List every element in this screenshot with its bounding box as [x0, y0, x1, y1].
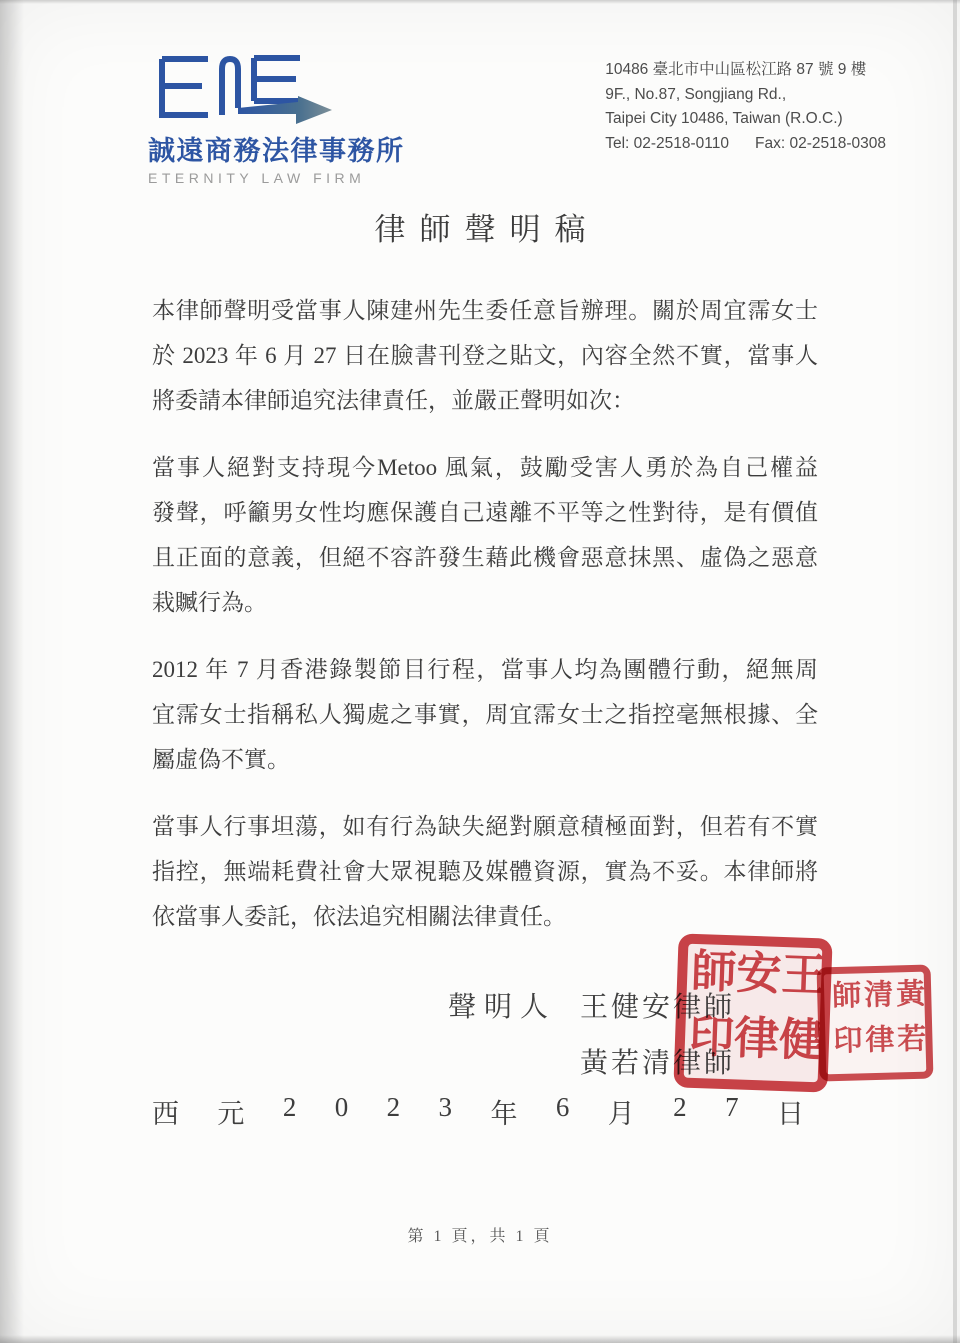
date-char: 2 — [387, 1092, 401, 1131]
fax-number: Fax: 02-2518-0308 — [755, 132, 886, 157]
scan-edge-top — [0, 0, 960, 4]
statement-body: 本律師聲明受當事人陳建州先生委任意旨辦理。關於周宜霈女士 於 2023 年 6 … — [152, 288, 818, 961]
date-char: 年 — [490, 1092, 517, 1131]
red-seal-huang: 黃若清律師印 — [817, 965, 934, 1082]
ele-logo-icon — [150, 50, 340, 126]
declarant-label: 聲明人 — [448, 985, 556, 1025]
document-title: 律師聲明稿 — [0, 204, 960, 249]
text-line: 依當事人委託，依法追究相關法律責任。 — [152, 894, 818, 939]
page-number-footer: 第 1 頁，共 1 頁 — [0, 1223, 960, 1246]
scanned-legal-statement: { "header": { "logo": { "monogram": "ELE… — [0, 0, 960, 1343]
date-char: 日 — [777, 1092, 804, 1131]
firm-name-en: ETERNITY LAW FIRM — [148, 170, 405, 186]
date-char: 2 — [283, 1092, 297, 1131]
letterhead: 誠遠商務法律事務所 ETERNITY LAW FIRM 10486 臺北市中山區… — [148, 50, 886, 186]
text-line: 栽贓行為。 — [152, 580, 818, 625]
tel-fax-row: Tel: 02-2518-0110 Fax: 02-2518-0308 — [605, 132, 886, 157]
date-line: 西 元 2 0 2 3 年 6 月 2 7 日 — [152, 1092, 804, 1131]
date-char: 元 — [217, 1092, 244, 1131]
paragraph-3: 2012 年 7 月香港錄製節目行程，當事人均為團體行動，絕無周 宜霈女士指稱私… — [152, 647, 818, 782]
text-line: 屬虛偽不實。 — [152, 737, 818, 782]
scan-edge-left — [0, 0, 24, 1343]
text-line: 於 2023 年 6 月 27 日在臉書刊登之貼文，內容全然不實，當事人 — [152, 333, 818, 378]
scan-edge-bottom — [0, 1335, 960, 1343]
date-char: 3 — [439, 1092, 453, 1131]
paragraph-2: 當事人絕對支持現今Metoo 風氣，鼓勵受害人勇於為自己權益 發聲，呼籲男女性均… — [152, 445, 818, 625]
tel-number: Tel: 02-2518-0110 — [605, 132, 729, 157]
contact-block: 10486 臺北市中山區松江路 87 號 9 樓 9F., No.87, Son… — [605, 50, 886, 156]
text-line: 2012 年 7 月香港錄製節目行程，當事人均為團體行動，絕無周 — [152, 647, 818, 692]
paragraph-4: 當事人行事坦蕩，如有行為缺失絕對願意積極面對，但若有不實 指控，無端耗費社會大眾… — [152, 804, 818, 939]
firm-name-zh: 誠遠商務法律事務所 — [148, 129, 405, 168]
text-line: 宜霈女士指稱私人獨處之事實，周宜霈女士之指控毫無根據、全 — [152, 692, 818, 737]
text-line: 當事人絕對支持現今Metoo 風氣，鼓勵受害人勇於為自己權益 — [152, 445, 818, 490]
date-char: 6 — [556, 1092, 570, 1131]
firm-logo-block: 誠遠商務法律事務所 ETERNITY LAW FIRM — [148, 50, 405, 186]
text-line: 且正面的意義，但絕不容許發生藉此機會惡意抹黑、虛偽之惡意 — [152, 535, 818, 580]
text-line: 本律師聲明受當事人陳建州先生委任意旨辦理。關於周宜霈女士 — [152, 288, 818, 333]
date-char: 0 — [335, 1092, 349, 1131]
date-char: 2 — [673, 1092, 687, 1131]
text-line: 將委請本律師追究法律責任，並嚴正聲明如次： — [152, 378, 818, 423]
address-en-line2: Taipei City 10486, Taiwan (R.O.C.) — [605, 107, 886, 132]
date-char: 月 — [608, 1092, 635, 1131]
scan-edge-right — [953, 0, 957, 1343]
text-line: 發聲，呼籲男女性均應保護自己遠離不平等之性對待，是有價值 — [152, 490, 818, 535]
paragraph-1: 本律師聲明受當事人陳建州先生委任意旨辦理。關於周宜霈女士 於 2023 年 6 … — [152, 288, 818, 423]
red-seal-wang: 王健安律師印 — [673, 933, 832, 1092]
date-char: 西 — [152, 1092, 179, 1131]
text-line: 當事人行事坦蕩，如有行為缺失絕對願意積極面對，但若有不實 — [152, 804, 818, 849]
date-char: 7 — [725, 1092, 739, 1131]
address-zh: 10486 臺北市中山區松江路 87 號 9 樓 — [605, 58, 886, 83]
text-line: 指控，無端耗費社會大眾視聽及媒體資源，實為不妥。本律師將 — [152, 849, 818, 894]
address-en-line1: 9F., No.87, Songjiang Rd., — [605, 83, 886, 108]
